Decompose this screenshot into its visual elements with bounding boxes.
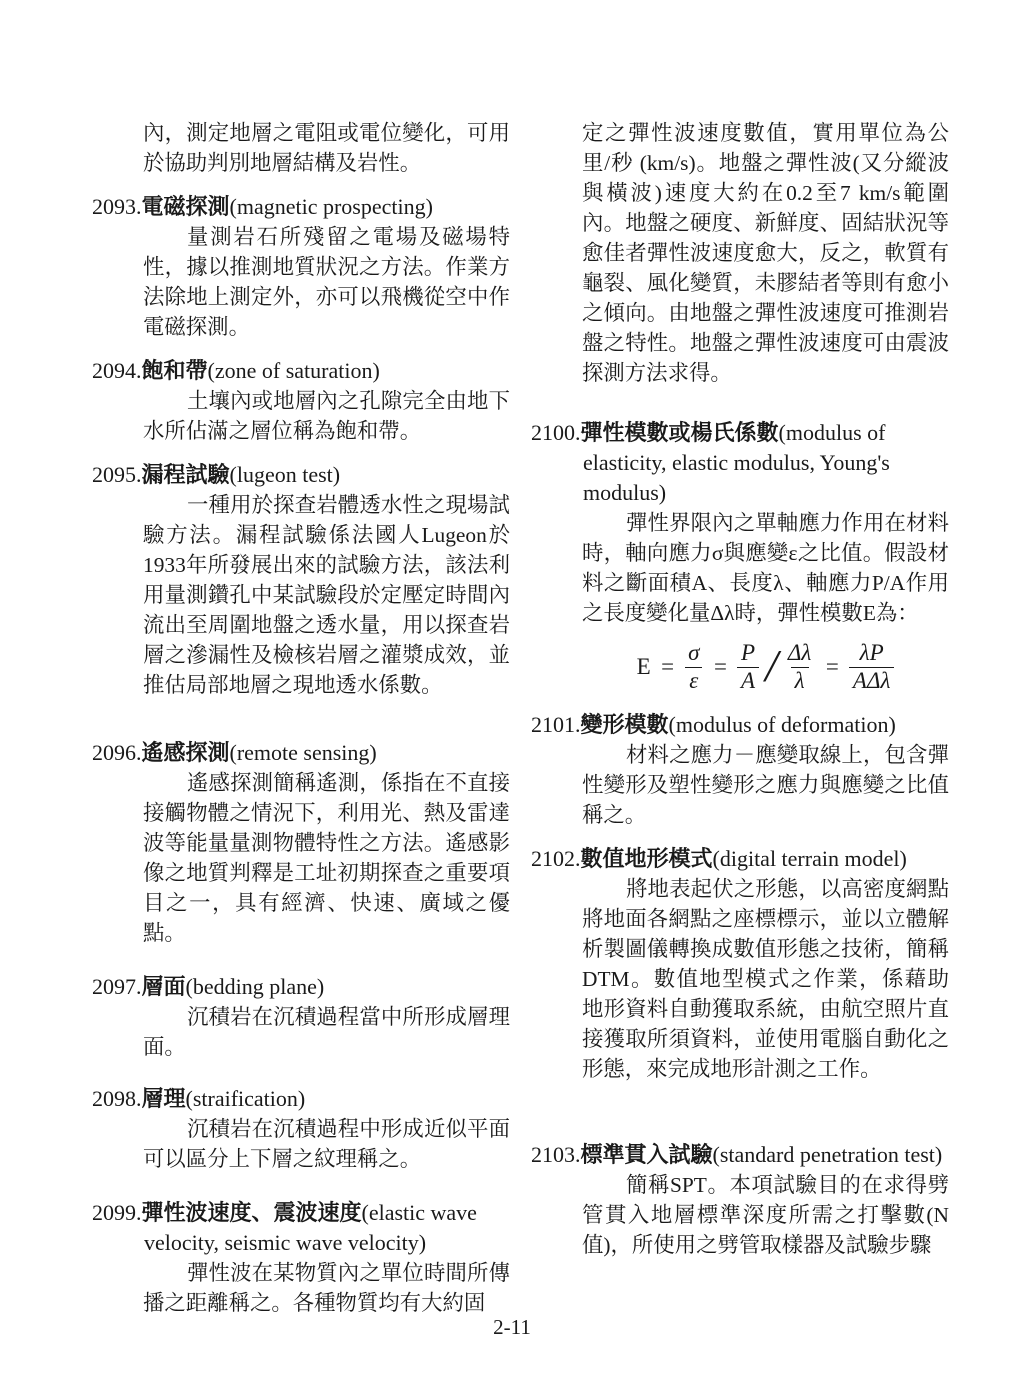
term-english: (zone of saturation) xyxy=(208,358,380,383)
term-chinese: 層理 xyxy=(142,1086,186,1111)
two-column-layout: 內，測定地層之電阻或電位變化，可用於協助判別地層結構及岩性。2093.電磁探測(… xyxy=(92,118,949,1318)
term-english: (lugeon test) xyxy=(230,462,341,487)
term-entry: 2096.遙感探測(remote sensing)遙感探測簡稱遙測，係指在不直接… xyxy=(92,738,510,948)
definition-paragraph: 將地表起伏之形態，以高密度網點將地面各網點之座標標示，並以立體解析製圖儀轉換成數… xyxy=(582,874,949,1084)
formula-fraction: σε xyxy=(684,640,703,694)
term-chinese: 變形模數 xyxy=(581,712,669,737)
fraction-numerator: λP xyxy=(856,640,888,666)
definition-paragraph: 材料之應力－應變取線上，包含彈性變形及塑性變形之應力與應變之比值稱之。 xyxy=(582,740,949,830)
definition-paragraph: 彈性界限內之單軸應力作用在材料時，軸向應力σ與應變ε之比值。假設材料之斷面積A、… xyxy=(582,508,949,628)
term-heading: 2096.遙感探測(remote sensing) xyxy=(92,738,510,768)
term-english: (digital terrain model) xyxy=(713,846,907,871)
term-number: 2096. xyxy=(92,740,142,765)
fraction-denominator: AΔλ xyxy=(849,667,895,694)
equals-sign: = xyxy=(713,652,729,682)
term-heading: 2095.漏程試驗(lugeon test) xyxy=(92,460,510,490)
term-number: 2097. xyxy=(92,974,142,999)
continuation-paragraph: 內，測定地層之電阻或電位變化，可用於協助判別地層結構及岩性。 xyxy=(143,118,510,178)
page-number: 2-11 xyxy=(0,1315,1024,1340)
term-heading: 2099.彈性波速度、震波速度(elastic wave velocity, s… xyxy=(92,1198,510,1258)
term-number: 2094. xyxy=(92,358,142,383)
term-chinese: 層面 xyxy=(142,974,186,999)
definition-paragraph: 一種用於探查岩體透水性之現場試驗方法。漏程試驗係法國人Lugeon於1933年所… xyxy=(143,490,510,700)
term-heading: 2101.變形模數(modulus of deformation) xyxy=(531,710,949,740)
term-number: 2100. xyxy=(531,420,581,445)
formula-fraction: Δλλ xyxy=(784,640,815,694)
term-entry: 2099.彈性波速度、震波速度(elastic wave velocity, s… xyxy=(92,1198,510,1318)
term-number: 2102. xyxy=(531,846,581,871)
definition-paragraph: 簡稱SPT。本項試驗目的在求得劈管貫入地層標準深度所需之打擊數(N值)，所使用之… xyxy=(582,1170,949,1260)
division-slash: / xyxy=(765,643,778,689)
definition-paragraph: 沉積岩在沉積過程中形成近似平面可以區分上下層之紋理稱之。 xyxy=(143,1114,510,1174)
term-number: 2093. xyxy=(92,194,142,219)
term-chinese: 飽和帶 xyxy=(142,358,208,383)
definition-paragraph: 沉積岩在沉積過程當中所形成層理面。 xyxy=(143,1002,510,1062)
term-entry: 2098.層理(straification)沉積岩在沉積過程中形成近似平面可以區… xyxy=(92,1084,510,1174)
term-heading: 2098.層理(straification) xyxy=(92,1084,510,1114)
term-number: 2101. xyxy=(531,712,581,737)
column-right: 定之彈性波速度數值，實用單位為公里/秒 (km/s)。地盤之彈性波(又分縱波與橫… xyxy=(531,118,949,1318)
definition-paragraph: 土壤內或地層內之孔隙完全由地下水所佔滿之層位稱為飽和帶。 xyxy=(143,386,510,446)
term-english: (modulus of deformation) xyxy=(669,712,896,737)
term-chinese: 標準貫入試驗 xyxy=(581,1142,713,1167)
fraction-numerator: σ xyxy=(684,640,703,666)
fraction-numerator: Δλ xyxy=(784,640,815,666)
term-entry: 2100.彈性模數或楊氏係數(modulus of elasticity, el… xyxy=(531,418,949,696)
term-heading: 2094.飽和帶(zone of saturation) xyxy=(92,356,510,386)
definition-paragraph: 彈性波在某物質內之單位時間所傳播之距離稱之。各種物質均有大約固 xyxy=(143,1258,510,1318)
term-heading: 2097.層面(bedding plane) xyxy=(92,972,510,1002)
definition-paragraph: 量測岩石所殘留之電場及磁場特性，據以推測地質狀況之方法。作業方法除地上測定外，亦… xyxy=(143,222,510,342)
continuation-paragraph: 定之彈性波速度數值，實用單位為公里/秒 (km/s)。地盤之彈性波(又分縱波與橫… xyxy=(582,118,949,388)
term-chinese: 遙感探測 xyxy=(142,740,230,765)
term-entry: 2094.飽和帶(zone of saturation)土壤內或地層內之孔隙完全… xyxy=(92,356,510,446)
term-number: 2098. xyxy=(92,1086,142,1111)
term-entry: 2102.數值地形模式(digital terrain model)將地表起伏之… xyxy=(531,844,949,1084)
term-chinese: 彈性模數或楊氏係數 xyxy=(581,420,779,445)
formula-symbol: E xyxy=(637,652,651,682)
fraction-denominator: ε xyxy=(685,667,702,694)
term-chinese: 電磁探測 xyxy=(142,194,230,219)
fraction-denominator: A xyxy=(737,667,759,694)
term-entry: 2101.變形模數(modulus of deformation)材料之應力－應… xyxy=(531,710,949,830)
term-number: 2099. xyxy=(92,1200,142,1225)
term-heading: 2102.數值地形模式(digital terrain model) xyxy=(531,844,949,874)
term-chinese: 彈性波速度、震波速度 xyxy=(142,1200,362,1225)
fraction-denominator: λ xyxy=(791,667,809,694)
elastic-modulus-formula: E=σε=PA/Δλλ=λPAΔλ xyxy=(582,638,949,696)
formula-fraction: PA xyxy=(737,640,759,694)
term-entry: 2095.漏程試驗(lugeon test)一種用於探查岩體透水性之現場試驗方法… xyxy=(92,460,510,700)
term-english: (magnetic prospecting) xyxy=(230,194,433,219)
term-chinese: 漏程試驗 xyxy=(142,462,230,487)
glossary-document-page: 內，測定地層之電阻或電位變化，可用於協助判別地層結構及岩性。2093.電磁探測(… xyxy=(0,0,1024,1400)
term-heading: 2103.標準貫入試驗(standard penetration test) xyxy=(531,1140,949,1170)
term-english: (remote sensing) xyxy=(230,740,377,765)
equals-sign: = xyxy=(824,652,840,682)
definition-paragraph: 遙感探測簡稱遙測，係指在不直接接觸物體之情況下，利用光、熱及雷達波等能量量測物體… xyxy=(143,768,510,948)
fraction-numerator: P xyxy=(737,640,759,666)
term-number: 2095. xyxy=(92,462,142,487)
term-english: (bedding plane) xyxy=(186,974,325,999)
formula-fraction: λPAΔλ xyxy=(849,640,895,694)
term-heading: 2093.電磁探測(magnetic prospecting) xyxy=(92,192,510,222)
term-number: 2103. xyxy=(531,1142,581,1167)
equals-sign: = xyxy=(660,652,676,682)
term-english: (standard penetration test) xyxy=(713,1142,943,1167)
term-entry: 2093.電磁探測(magnetic prospecting)量測岩石所殘留之電… xyxy=(92,192,510,342)
term-heading: 2100.彈性模數或楊氏係數(modulus of elasticity, el… xyxy=(531,418,949,508)
term-entry: 2103.標準貫入試驗(standard penetration test)簡稱… xyxy=(531,1140,949,1260)
column-left: 內，測定地層之電阻或電位變化，可用於協助判別地層結構及岩性。2093.電磁探測(… xyxy=(92,118,510,1318)
term-chinese: 數值地形模式 xyxy=(581,846,713,871)
term-entry: 2097.層面(bedding plane)沉積岩在沉積過程當中所形成層理面。 xyxy=(92,972,510,1062)
term-english: (straification) xyxy=(186,1086,306,1111)
